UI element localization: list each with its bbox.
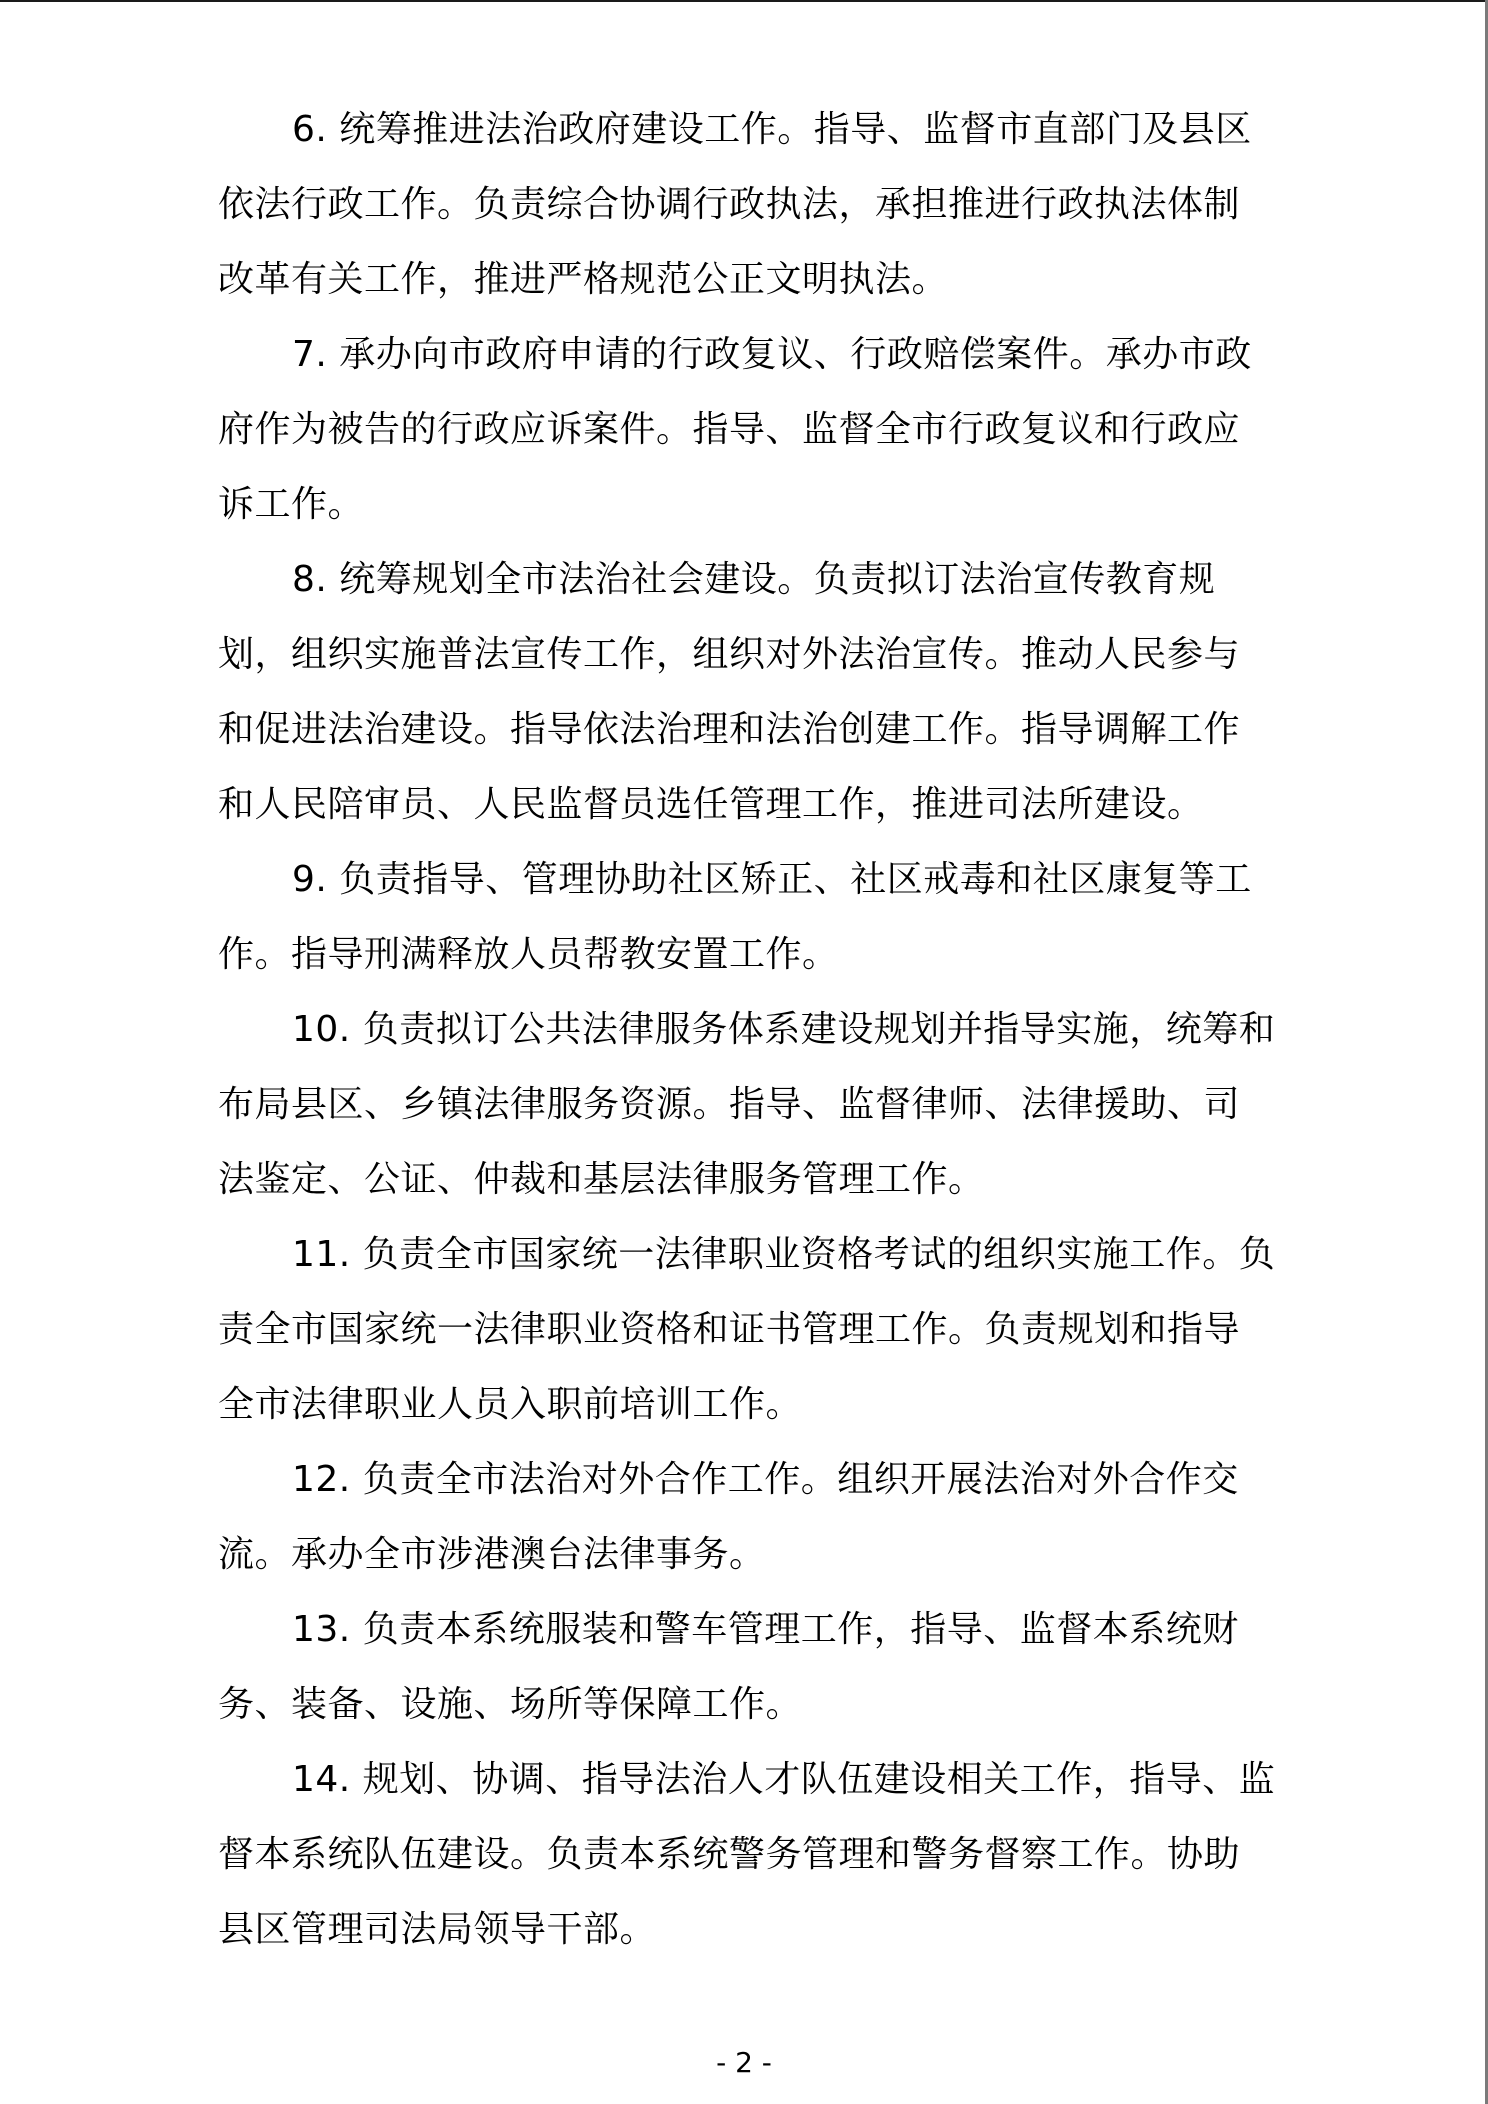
paragraph-line: 县区管理司法局领导干部。 bbox=[218, 1905, 1288, 1980]
paragraph-line: 6. 统筹推进法治政府建设工作。指导、监督市直部门及县区 bbox=[218, 105, 1288, 180]
page-number: - 2 - bbox=[0, 2045, 1488, 2081]
paragraph-line: 改革有关工作，推进严格规范公正文明执法。 bbox=[218, 255, 1288, 330]
paragraph-10: 10. 负责拟订公共法律服务体系建设规划并指导实施，统筹和 布局县区、乡镇法律服… bbox=[218, 1005, 1288, 1230]
document-body: 6. 统筹推进法治政府建设工作。指导、监督市直部门及县区 依法行政工作。负责综合… bbox=[218, 105, 1288, 1980]
paragraph-line: 全市法律职业人员入职前培训工作。 bbox=[218, 1380, 1288, 1455]
paragraph-9: 9. 负责指导、管理协助社区矫正、社区戒毒和社区康复等工 作。指导刑满释放人员帮… bbox=[218, 855, 1288, 1005]
paragraph-line: 13. 负责本系统服装和警车管理工作，指导、监督本系统财 bbox=[218, 1605, 1288, 1680]
page-top-border bbox=[0, 0, 1488, 2]
paragraph-8: 8. 统筹规划全市法治社会建设。负责拟订法治宣传教育规 划，组织实施普法宣传工作… bbox=[218, 555, 1288, 855]
paragraph-line: 府作为被告的行政应诉案件。指导、监督全市行政复议和行政应 bbox=[218, 405, 1288, 480]
paragraph-line: 9. 负责指导、管理协助社区矫正、社区戒毒和社区康复等工 bbox=[218, 855, 1288, 930]
paragraph-line: 8. 统筹规划全市法治社会建设。负责拟订法治宣传教育规 bbox=[218, 555, 1288, 630]
paragraph-line: 划，组织实施普法宣传工作，组织对外法治宣传。推动人民参与 bbox=[218, 630, 1288, 705]
paragraph-line: 流。承办全市涉港澳台法律事务。 bbox=[218, 1530, 1288, 1605]
paragraph-7: 7. 承办向市政府申请的行政复议、行政赔偿案件。承办市政 府作为被告的行政应诉案… bbox=[218, 330, 1288, 555]
paragraph-line: 诉工作。 bbox=[218, 480, 1288, 555]
paragraph-line: 10. 负责拟订公共法律服务体系建设规划并指导实施，统筹和 bbox=[218, 1005, 1288, 1080]
paragraph-line: 作。指导刑满释放人员帮教安置工作。 bbox=[218, 930, 1288, 1005]
paragraph-line: 务、装备、设施、场所等保障工作。 bbox=[218, 1680, 1288, 1755]
paragraph-line: 7. 承办向市政府申请的行政复议、行政赔偿案件。承办市政 bbox=[218, 330, 1288, 405]
paragraph-line: 布局县区、乡镇法律服务资源。指导、监督律师、法律援助、司 bbox=[218, 1080, 1288, 1155]
paragraph-line: 法鉴定、公证、仲裁和基层法律服务管理工作。 bbox=[218, 1155, 1288, 1230]
paragraph-12: 12. 负责全市法治对外合作工作。组织开展法治对外合作交 流。承办全市涉港澳台法… bbox=[218, 1455, 1288, 1605]
paragraph-13: 13. 负责本系统服装和警车管理工作，指导、监督本系统财 务、装备、设施、场所等… bbox=[218, 1605, 1288, 1755]
paragraph-line: 12. 负责全市法治对外合作工作。组织开展法治对外合作交 bbox=[218, 1455, 1288, 1530]
paragraph-line: 11. 负责全市国家统一法律职业资格考试的组织实施工作。负 bbox=[218, 1230, 1288, 1305]
paragraph-line: 责全市国家统一法律职业资格和证书管理工作。负责规划和指导 bbox=[218, 1305, 1288, 1380]
paragraph-line: 督本系统队伍建设。负责本系统警务管理和警务督察工作。协助 bbox=[218, 1830, 1288, 1905]
paragraph-6: 6. 统筹推进法治政府建设工作。指导、监督市直部门及县区 依法行政工作。负责综合… bbox=[218, 105, 1288, 330]
paragraph-line: 和人民陪审员、人民监督员选任管理工作，推进司法所建设。 bbox=[218, 780, 1288, 855]
paragraph-line: 14. 规划、协调、指导法治人才队伍建设相关工作，指导、监 bbox=[218, 1755, 1288, 1830]
paragraph-line: 依法行政工作。负责综合协调行政执法，承担推进行政执法体制 bbox=[218, 180, 1288, 255]
paragraph-line: 和促进法治建设。指导依法治理和法治创建工作。指导调解工作 bbox=[218, 705, 1288, 780]
paragraph-14: 14. 规划、协调、指导法治人才队伍建设相关工作，指导、监 督本系统队伍建设。负… bbox=[218, 1755, 1288, 1980]
paragraph-11: 11. 负责全市国家统一法律职业资格考试的组织实施工作。负 责全市国家统一法律职… bbox=[218, 1230, 1288, 1455]
